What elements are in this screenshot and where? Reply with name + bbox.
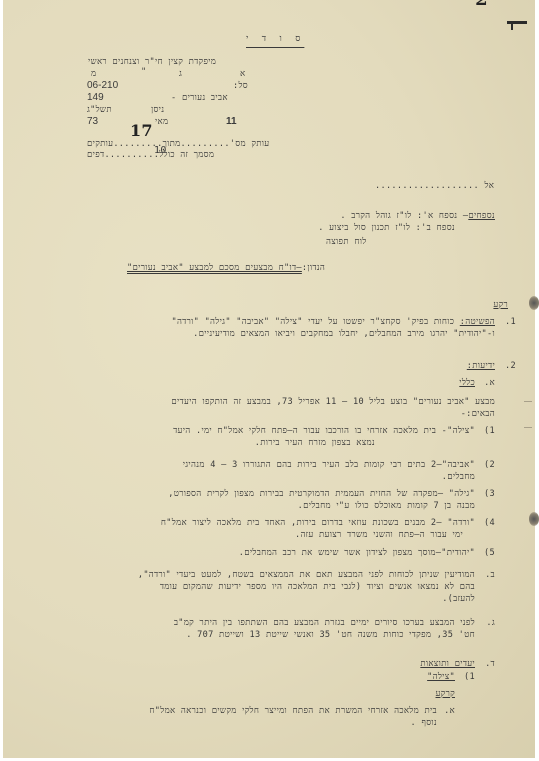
section-2-label: ידיעות: <box>467 361 495 372</box>
target-1-a-letter: א. <box>444 706 455 717</box>
item-5-line1: "יהודית"–מוסך מצפון לצידון אשר שימש את ר… <box>239 548 475 559</box>
binder-hole <box>529 296 539 310</box>
attachments-line1: נספחים– נספח א': לו"ז גוהל הקרב . <box>340 211 495 222</box>
item-4-number: 4) <box>484 518 495 529</box>
binder-hole <box>529 512 539 526</box>
file-number: 06-210 <box>87 80 118 91</box>
item-4-line1: "ורדה" –2 מבנים בשכונת עוזאי בדרום בירות… <box>161 518 475 529</box>
sub-b-line2: בהם לא נמצאו אנשים וציוד (לגבי בית המלאכ… <box>160 582 475 593</box>
section-2-number: 2. <box>505 361 516 372</box>
item-3-line2: מבנה בן 7 קומות מאוכלס כולו ע"י מחבלים. <box>298 501 475 512</box>
pen-dash-mark <box>507 21 527 24</box>
sub-a-letter: א. <box>484 378 495 389</box>
subject-text: –דו"ח מבצעים מסכם למבצע "אביב נעורים" <box>127 263 302 273</box>
item-2-number: 2) <box>484 460 495 471</box>
attachments-label: נספחים <box>468 211 495 221</box>
sub-d-label: יעדים ותוצאות <box>420 659 475 670</box>
copy-number-line: עותק מס'.........מתוך.........עותקים <box>87 139 269 150</box>
item-3-line1: "גילה" –מפקדה של החזית העממית הדמוקרטית … <box>168 489 475 500</box>
background-heading: רקע <box>493 300 508 311</box>
section-1-line1: הפשיטה: כוחות בפיק' סקחצ"ר יפשטו על יעדי… <box>171 317 495 328</box>
header-line2-right: א <box>240 69 245 80</box>
subject-line: הנדון:–דו"ח מבצעים מסכם למבצע "אביב נעור… <box>127 263 325 274</box>
date-year: 73 <box>87 116 98 127</box>
sub-b-line1: המודיעין שניתן לכוחות לפני המבצע תאם את … <box>138 570 475 581</box>
sub-c-line1: לפני המבצע בערכו סיורים ימיים בגזרת המבצ… <box>174 618 475 629</box>
recipient-line: אל ................... <box>375 181 494 192</box>
item-1-line2: נמצא בצפון מזרח העיר בירות. <box>255 438 375 449</box>
section-1-label: הפשיטה: <box>460 317 495 327</box>
intro-line2: הבאים:- <box>461 409 495 420</box>
sub-c-line2: חט' 35, מפקדי כוחות משנה חט' 35 ואנשי שי… <box>186 630 475 641</box>
sub-b-line3: להעזב). <box>442 594 475 605</box>
margin-mark <box>524 427 532 428</box>
margin-mark <box>524 401 532 402</box>
item-3-number: 3) <box>484 489 495 500</box>
distribution-list: לוח תפוצה <box>326 237 367 248</box>
sub-d-letter: ד. <box>485 659 495 670</box>
handwritten-page-mark: 2 <box>475 0 488 5</box>
item-4-line2: ימי עבור ה–פתח והשני משרד רצועת עזה. <box>295 530 463 541</box>
page-count-handwritten: 10 <box>154 145 167 156</box>
attachment-a: – נספח א': לו"ז גוהל הקרב . <box>340 211 468 221</box>
scanned-document-page: 2 ס ו ד י מיפקדת קצין חי"ר וצנחנים ראשי … <box>3 0 535 758</box>
header-line2-mid: ג <box>179 69 182 80</box>
target-1-a-line1: בית מלאכה אזרחי המשרת את הפתח ומייצר חלק… <box>149 706 437 717</box>
hebrew-month: ניסן <box>151 105 164 116</box>
item-1-number: 1) <box>484 426 495 437</box>
sub-c-letter: ג. <box>486 618 495 629</box>
operation-number: 149 <box>87 92 104 103</box>
header-line2-quote: " <box>141 67 146 78</box>
page-count-line: מסמך זה כולל..........דפים <box>87 150 214 161</box>
file-label: סל: <box>233 81 248 92</box>
date-month: מאי <box>155 117 168 128</box>
item-2-line1: "אביבה"–2 בתים רבי קומות בלב העיר בירות … <box>183 460 475 471</box>
section-1-line2: ו-"יהודית" יהרגו מירב המחבלים, יחבלו במח… <box>193 329 495 340</box>
target-1-number: 1) <box>464 672 475 683</box>
target-1-label: "צילה" <box>427 672 455 683</box>
target-1-a-line2: נוסף . <box>411 718 437 729</box>
item-1-line1: "צילה"- בית מלאכה אזרחי בו הורכבו עבור ה… <box>173 426 475 437</box>
section-1-number: 1. <box>505 317 516 328</box>
pen-tick-mark <box>511 22 513 30</box>
sub-b-letter: ב. <box>485 570 495 581</box>
section-1-text: כוחות בפיק' סקחצ"ר יפשטו על יעדי "צילה" … <box>171 317 454 327</box>
subject-label: הנדון: <box>302 263 325 273</box>
item-5-number: 5) <box>484 548 495 559</box>
date-day: 11 <box>226 116 237 127</box>
intro-line1: מבצע "אביב נעורים" בוצע בליל 10 – 11 אפר… <box>171 397 495 408</box>
sub-a-label: כללי <box>459 378 475 389</box>
target-1-heading: קרקע <box>436 689 455 700</box>
header-unit: מיפקדת קצין חי"ר וצנחנים ראשי <box>88 57 216 68</box>
classification-heading: ס ו ד י <box>246 34 304 45</box>
attachment-b: נספח ב': לו"ז תכנון סול ביצוע . <box>318 223 455 234</box>
operation-name-label: אביב נעורים - <box>171 93 228 104</box>
header-line2-left: מ <box>91 69 96 80</box>
hebrew-year: תשל"ג <box>87 105 112 116</box>
item-2-line2: מחבלים. <box>442 472 475 483</box>
copy-number-handwritten: 17 <box>130 125 153 136</box>
